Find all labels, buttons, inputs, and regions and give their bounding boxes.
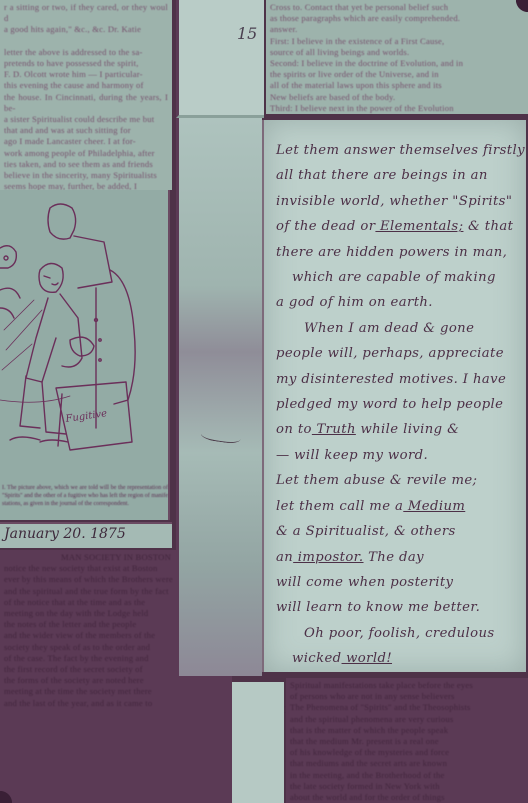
handwritten-line: an impostor. The day — [276, 545, 518, 570]
handwritten-line: pledged my word to help people — [276, 392, 518, 417]
illustration-clipping: Fugitive I. The picture above, which we … — [0, 190, 170, 520]
handwritten-line: which are capable of making — [276, 265, 518, 290]
handwritten-note: Let them answer themselves firstlyall th… — [262, 120, 526, 672]
handwritten-line: Oh poor, foolish, credulous — [276, 621, 518, 646]
handwritten-line: Let them abuse & revile me; — [276, 468, 518, 493]
clipping-line: believe in the sincerity, many Spiritual… — [4, 170, 168, 181]
illustration-caption: I. The picture above, which we are told … — [0, 484, 170, 508]
clipping-line — [4, 36, 168, 47]
page-number-panel: 15 — [176, 0, 264, 118]
clipping-line: a sister Spiritualist could describe me … — [4, 114, 168, 125]
date-annotation-strip: January 20. 1875 — [0, 522, 172, 548]
clipping-line: pretends to have possessed the spirit, — [4, 58, 168, 69]
clipping-line: First: I believe in the existence of a F… — [270, 36, 524, 47]
clipping-line: that is the matter of which the people s… — [290, 725, 524, 736]
clipping-line: the house. In Cincinnati, during the yea… — [4, 92, 168, 114]
page-number: 15 — [237, 24, 257, 43]
handwritten-line: all that there are beings in an — [276, 163, 518, 188]
clipping-line: of persons who are not in any sense beli… — [290, 691, 524, 702]
handwritten-line: invisible world, whether "Spirits" — [276, 189, 518, 214]
clipping-line: ties taken, and to see them as and frien… — [4, 159, 168, 170]
clipping-line: as those paragraphs which are easily com… — [270, 13, 524, 24]
clipping-line: F. D. Olcott wrote him — I particular- — [4, 69, 168, 80]
clipping-line: Third: I believe next in the power of th… — [270, 103, 524, 114]
handwritten-line: will learn to know me better. — [276, 595, 518, 620]
handwritten-line: let them call me a Medium — [276, 494, 518, 519]
clipping-line: the spirits or live order of the Univers… — [270, 69, 524, 80]
clipping-top-left: r a sitting or two, if they cared, or th… — [0, 0, 172, 190]
corner-shadow — [514, 0, 528, 14]
clipping-line: in the meeting, and the Brotherhood of t… — [290, 770, 524, 781]
handwritten-line: will come when posterity — [276, 570, 518, 595]
clipping-line: The Phenomena of "Spirits" and the Theos… — [290, 702, 524, 713]
clipping-line: Spiritual manifestations take place befo… — [290, 680, 524, 691]
scrapbook-page: r a sitting or two, if they cared, or th… — [0, 0, 528, 803]
paper-crack — [200, 425, 242, 444]
clipping-line: that mediums and the secret arts are kno… — [290, 758, 524, 769]
clipping-line: r a sitting or two, if they cared, or th… — [4, 2, 168, 24]
handwritten-line: of the dead or Elementals; & that — [276, 214, 518, 239]
satchel-label: Fugitive — [64, 408, 108, 425]
handwritten-line: on to Truth while living & — [276, 417, 518, 442]
paper-strip-bottom — [232, 682, 284, 803]
clipping-line: about the world and for the order of thi… — [290, 792, 524, 803]
clipping-line: Second: I believe in the doctrine of Evo… — [270, 58, 524, 69]
clipping-line: a good hits again," &c., &c. Dr. Katie — [4, 24, 168, 35]
clipping-line: the forms of the society are noted here — [4, 675, 228, 686]
handwritten-line: wicked world! — [276, 646, 518, 671]
handwritten-line: there are hidden powers in man, — [276, 240, 518, 265]
clipping-line: work among people of Philadelphia, after — [4, 148, 168, 159]
clipping-line: meeting at the time the society met ther… — [4, 686, 228, 697]
clipping-line: source of all living beings and worlds. — [270, 47, 524, 58]
clipping-line: that and and was at such sitting for — [4, 125, 168, 136]
clipping-line: ago I made Lancaster cheer. I at for- — [4, 136, 168, 147]
clipping-line: letter the above is addressed to the sa- — [4, 47, 168, 58]
clipping-text: Cross to. Contact that yet be personal b… — [266, 0, 528, 114]
handwritten-line: — will keep my word. — [276, 443, 518, 468]
handwritten-line: & a Spiritualist, & others — [276, 519, 518, 544]
clipping-line: the late society formed in New York with — [290, 781, 524, 792]
clipping-bottom-right: Spiritual manifestations take place befo… — [286, 678, 528, 803]
handwritten-line: my disinterested motives. I have — [276, 367, 518, 392]
corner-shadow — [0, 789, 14, 803]
handwritten-line: Let them answer themselves firstly — [276, 138, 518, 163]
seated-figure-illustration: Fugitive — [0, 190, 170, 490]
clipping-text: r a sitting or two, if they cared, or th… — [0, 0, 172, 190]
clipping-top-right: Cross to. Contact that yet be personal b… — [266, 0, 528, 114]
clipping-line: New beliefs are based of the body. — [270, 92, 524, 103]
clipping-text: Spiritual manifestations take place befo… — [286, 678, 528, 803]
handwritten-line: When I am dead & gone — [276, 316, 518, 341]
clipping-line: all of the material laws upon this spher… — [270, 80, 524, 91]
date-annotation: January 20. 1875 — [4, 526, 126, 542]
clipping-line: and the last of the year, and as it came… — [4, 698, 228, 709]
clipping-line: Cross to. Contact that yet be personal b… — [270, 2, 524, 13]
clipping-line: this evening the cause and harmony of — [4, 80, 168, 91]
clipping-line: of his knowledge of the mysteries and fo… — [290, 747, 524, 758]
clipping-line: and the spiritual phenomena are very cur… — [290, 714, 524, 725]
clipping-line: seems hope may, further, be added, I — [4, 181, 168, 190]
clipping-line: answer. — [270, 24, 524, 35]
handwritten-line: people will, perhaps, appreciate — [276, 341, 518, 366]
paper-strip — [176, 118, 262, 676]
handwritten-line: a god of him on earth. — [276, 290, 518, 315]
clipping-line: that the medium Mr. present is a real on… — [290, 736, 524, 747]
